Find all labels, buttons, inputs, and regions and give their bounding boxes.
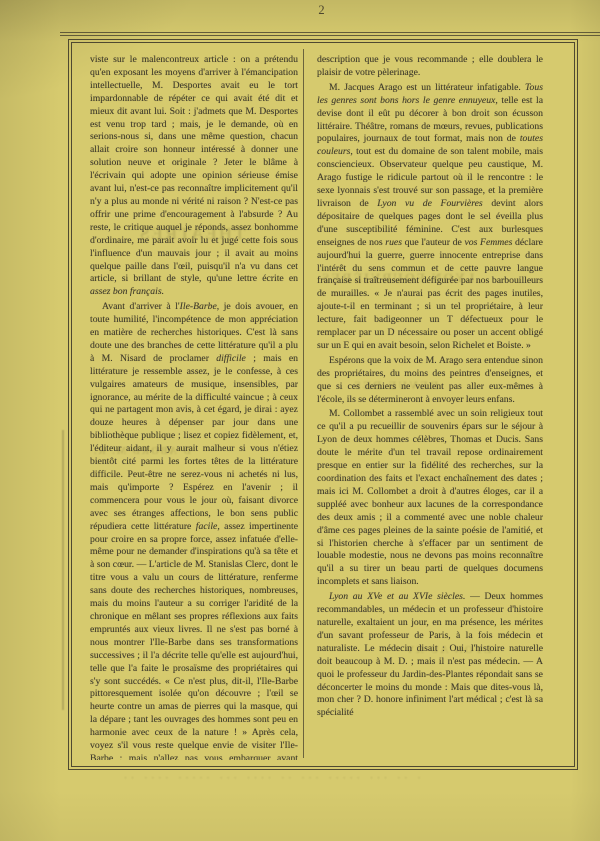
italic-text-segment: rues bbox=[385, 237, 402, 248]
text-segment: M. Collombet a rassemblé avec un soin re… bbox=[317, 408, 543, 587]
paper-crease bbox=[62, 430, 64, 710]
bleedthrough-row: · ·· ··· ····· ··· ·· ···· ··· ····· ···… bbox=[120, 773, 421, 783]
text-segment: — Deux hommes recommandables, un médecin… bbox=[317, 591, 543, 718]
italic-text-segment: Lyon au XVe et au XVIe siècles. bbox=[329, 591, 465, 602]
paragraph: M. Collombet a rassemblé avec un soin re… bbox=[317, 408, 543, 589]
page-number: 2 bbox=[0, 3, 600, 18]
column-right: description que je vous recommande ; ell… bbox=[317, 54, 543, 760]
italic-text-segment: vos Femmes bbox=[464, 237, 512, 248]
paragraph: Avant d'arriver à l'Ile-Barbe, je dois a… bbox=[90, 301, 298, 760]
text-segment: Avant d'arriver à l' bbox=[102, 301, 180, 312]
text-segment: viste sur le malencontreux article : on … bbox=[90, 54, 298, 284]
text-frame: viste sur le malencontreux article : on … bbox=[68, 39, 578, 770]
italic-text-segment: Lyon vu de Fourvières bbox=[377, 198, 482, 209]
text-segment: déclare aujourd'hui la guerre, guerre in… bbox=[317, 237, 543, 351]
scanned-newspaper-page: { "page": { "number": "2" }, "colors": {… bbox=[0, 0, 600, 841]
column-divider bbox=[303, 49, 304, 758]
paragraph: viste sur le malencontreux article : on … bbox=[90, 54, 298, 299]
text-segment: description que je vous recommande ; ell… bbox=[317, 54, 543, 78]
italic-text-segment: difficile bbox=[216, 353, 246, 364]
paragraph: Espérons que la voix de M. Arago sera en… bbox=[317, 355, 543, 407]
paragraph: description que je vous recommande ; ell… bbox=[317, 54, 543, 80]
text-segment: que l'auteur de bbox=[402, 237, 464, 248]
italic-text-segment: Ile-Barbe bbox=[180, 301, 217, 312]
paragraph: M. Jacques Arago est un littérateur infa… bbox=[317, 82, 543, 353]
text-segment: ; mais en littérature je ressemble assez… bbox=[90, 353, 298, 532]
text-segment: M. Jacques Arago est un littérateur infa… bbox=[329, 82, 525, 93]
header-rule bbox=[60, 32, 600, 36]
text-frame-inner-border: viste sur le malencontreux article : on … bbox=[71, 42, 575, 767]
text-segment: Espérons que la voix de M. Arago sera en… bbox=[317, 355, 543, 405]
column-left: viste sur le malencontreux article : on … bbox=[90, 54, 298, 760]
italic-text-segment: assez bon français. bbox=[90, 286, 164, 297]
italic-text-segment: facile bbox=[196, 521, 218, 532]
text-segment: , assez impertinente pour croire en sa p… bbox=[90, 521, 298, 760]
paragraph: Lyon au XVe et au XVIe siècles. — Deux h… bbox=[317, 591, 543, 720]
